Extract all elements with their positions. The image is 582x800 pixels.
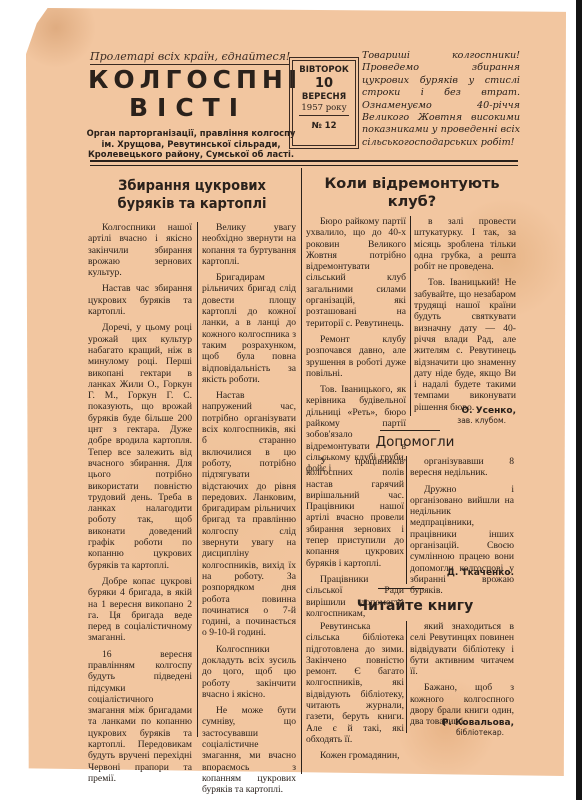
month: ВЕРЕСНЯ <box>293 92 355 102</box>
section-divider <box>380 430 440 431</box>
article-3-signature: Д. Ткаченко. <box>410 568 514 578</box>
section-divider <box>378 588 424 589</box>
article-4-column-1: Ревутинська сільська бібліотека підготов… <box>306 621 404 767</box>
article-4-signature: Р. Ковальова, <box>410 718 514 728</box>
issue-number: № 12 <box>293 121 355 131</box>
paragraph: Тов. Іваницький! Не забувайте, що незаба… <box>414 277 516 413</box>
paragraph: Ревутинська сільська бібліотека підготов… <box>306 621 404 745</box>
article-3-headline: Допомогли <box>320 434 510 450</box>
title-line-2: ВІСТІ <box>88 94 288 122</box>
paragraph: Настав напружений час, потрібно організу… <box>202 390 296 639</box>
title-line-1: КОЛГОСПНІ <box>88 66 288 94</box>
paragraph: Велику увагу необхідно звернути на копан… <box>202 222 296 267</box>
article-1-column-1: Колгоспники нашої артілі вчасно і якісно… <box>88 222 192 789</box>
date-box: ВІВТОРОК 10 ВЕРЕСНЯ 1957 року № 12 <box>292 60 356 146</box>
paragraph: Добре копає цукрові буряки 4 бригада, в … <box>88 576 192 644</box>
paragraph: Дружно і організовано вийшли на недільни… <box>410 484 514 597</box>
page-column-divider <box>301 168 302 774</box>
day: 10 <box>293 76 355 91</box>
article-2-headline: Коли відремонтують клуб? <box>312 175 512 211</box>
masthead-divider <box>90 160 518 166</box>
appeal-text: Товариші колгоспники! Проведемо збирання… <box>362 50 520 149</box>
paragraph: Кожен громадянин, <box>306 750 404 761</box>
paragraph: Ремонт клубу розпочався давно, але зруше… <box>306 334 406 379</box>
article-1-headline: Збирання цукрових буряків та картоплі <box>104 177 280 213</box>
column-divider <box>406 456 407 584</box>
column-divider <box>406 621 407 733</box>
paragraph: Настав час збирання цукрових буряків та … <box>88 283 192 317</box>
article-4-signature-block: Р. Ковальова, бібліотекар. <box>410 716 514 737</box>
column-divider <box>410 216 411 416</box>
paragraph: в залі провести штукатурку. І так, за мі… <box>414 216 516 272</box>
weekday: ВІВТОРОК <box>293 65 355 75</box>
article-1-column-2: Велику увагу необхідно звернути на копан… <box>202 222 296 800</box>
article-4-signature-role: бібліотекар. <box>410 728 504 737</box>
paragraph: У працівників колгоспних полів настав га… <box>306 456 404 569</box>
slogan: Пролетарі всіх країн, єднайтеся! <box>90 50 290 65</box>
article-2-signature: О. Усенко, <box>414 406 516 416</box>
publisher-line: Орган парторганізації, правління колгосп… <box>86 128 296 160</box>
year: 1957 року <box>299 103 349 116</box>
article-3-signature-block: Д. Ткаченко. <box>410 566 514 578</box>
paragraph: 16 вересня правлінням колгоспу будуть пі… <box>88 649 192 785</box>
column-divider <box>197 222 198 737</box>
article-4-headline: Читайте книгу <box>320 598 510 614</box>
article-2-signature-role: зав. клубом. <box>414 416 506 425</box>
paragraph: Колгоспники нашої артілі вчасно і якісно… <box>88 222 192 278</box>
newspaper-title: КОЛГОСПНІ ВІСТІ <box>88 66 288 122</box>
paragraph: Доречі, у цьому році урожай цих культур … <box>88 322 192 571</box>
paragraph: Бюро райкому партії ухвалило, що до 40-х… <box>306 216 406 329</box>
article-2-signature-block: О. Усенко, зав. клубом. <box>414 404 516 425</box>
paragraph: Колгоспники докладуть всіх зусиль до цог… <box>202 644 296 700</box>
article-3-column-2: організувавши 8 вересня недільник.Дружно… <box>410 456 514 602</box>
paragraph: який знаходиться в селі Ревутинцях повин… <box>410 621 514 677</box>
paragraph: організувавши 8 вересня недільник. <box>410 456 514 479</box>
paragraph: Не може бути сумніву, що застосувавши со… <box>202 705 296 795</box>
article-2-column-2: в залі провести штукатурку. І так, за мі… <box>414 216 516 418</box>
paragraph: Бригадирам рільничих бригад слід довести… <box>202 272 296 385</box>
scan-edge-strip <box>576 0 582 800</box>
